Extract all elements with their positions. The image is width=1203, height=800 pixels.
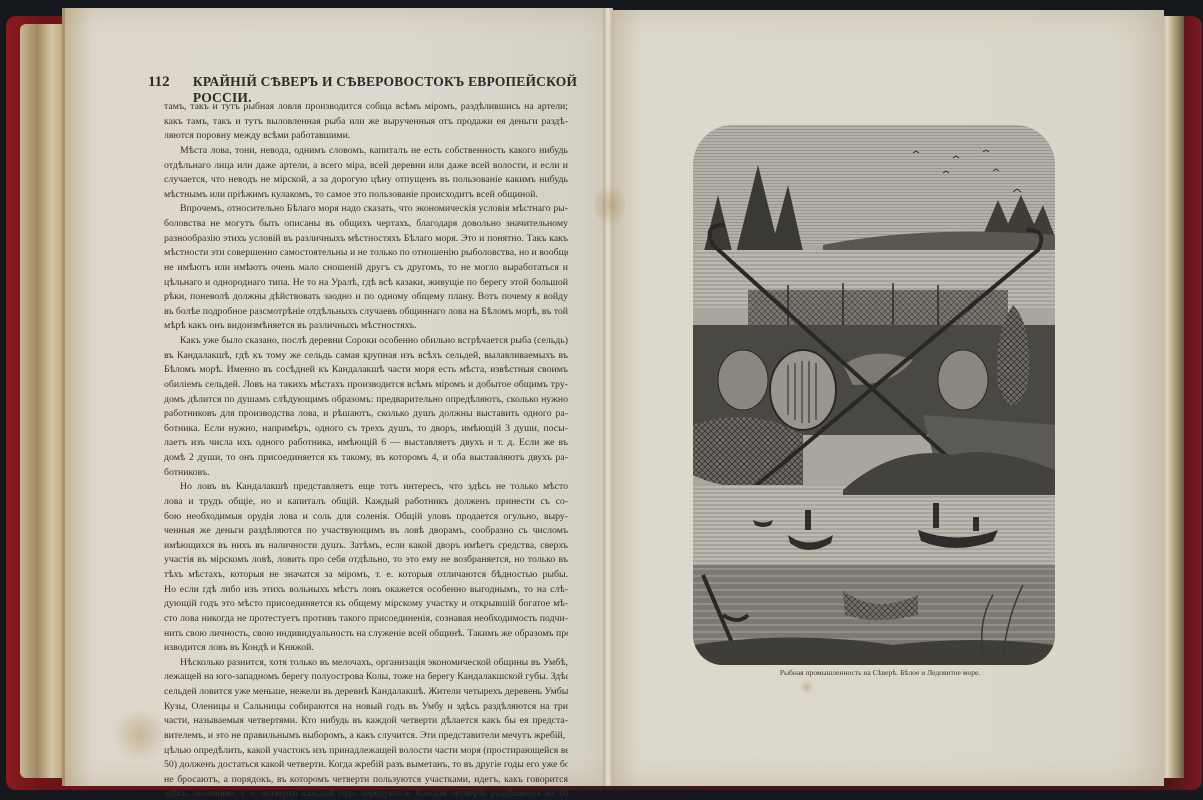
text-line: Нѣсколько разнится, хотя только въ мелоч… — [164, 656, 568, 671]
text-line: Но если гдѣ либо изъ этихъ вольныхъ мѣст… — [164, 583, 568, 598]
text-line: въ Кандалакшѣ, гдѣ къ тому же сельдь сам… — [164, 349, 568, 364]
text-line: ляются поровну между всѣми работавшими. — [164, 129, 568, 144]
text-line: Бѣломъ морѣ. Именно въ сосѣдней къ Канда… — [164, 363, 568, 378]
text-line: отдѣльнаго лица или даже артели, а всего… — [164, 159, 568, 174]
fishing-scene-engraving — [693, 125, 1055, 665]
text-line: случается, что неводъ не мірской, а за д… — [164, 173, 568, 188]
text-line: тѣхъ мѣстахъ, которыя не значатся за мір… — [164, 568, 568, 583]
text-line: цѣльнаго и однороднаго типа. Не то на Ур… — [164, 276, 568, 291]
text-line: вителемъ, и это не правильнымъ выборомъ,… — [164, 729, 568, 744]
text-line: рѣки, поневолѣ должны дѣйствовать заодно… — [164, 290, 568, 305]
text-line: въ болѣе подробное разсмотрѣніе отдѣльны… — [164, 305, 568, 320]
text-line: мѣрѣ какъ онъ видоизмѣняется въ различны… — [164, 319, 568, 334]
text-line: изводится ловъ въ Кондѣ и Княжой. — [164, 641, 568, 656]
text-line: тамъ, такъ и тутъ рыбная ловля производи… — [164, 100, 568, 115]
book-gutter — [603, 8, 613, 786]
text-line: цѣлью опредѣлить, какой участокъ изъ при… — [164, 744, 568, 759]
body-text: тамъ, такъ и тутъ рыбная ловля производи… — [164, 100, 568, 800]
text-line: боловства не могутъ быть описаны въ общи… — [164, 217, 568, 232]
text-line: части, называемыя четвертями. Кто нибудь… — [164, 714, 568, 729]
text-line: работниковъ для производства лова, и рѣш… — [164, 407, 568, 422]
text-line: участія въ мірскомъ ловѣ, ловить про себ… — [164, 553, 568, 568]
text-line: какъ тамъ, такъ и тутъ выловленная рыба … — [164, 115, 568, 130]
text-line: ботниковъ. — [164, 466, 568, 481]
text-line: мѣстности эти совершенно самостоятельны … — [164, 246, 568, 261]
text-line: обиліемъ сельдей. Ловъ на такихъ мѣстахъ… — [164, 378, 568, 393]
paper-stain — [595, 180, 625, 230]
text-line: лова и трудъ общіе, но и капиталъ общій.… — [164, 495, 568, 510]
text-line: Впрочемъ, относительно Бѣлаго моря надо … — [164, 202, 568, 217]
text-line: мѣстнымъ или пріѣжимъ кулакомъ, то самое… — [164, 188, 568, 203]
text-line: разнообразію этихъ условій въ различныхъ… — [164, 232, 568, 247]
text-line: 50) долженъ достаться какой четверти. Ко… — [164, 758, 568, 773]
page-number: 112 — [148, 74, 193, 91]
text-line: Кузы, Оленицы и Сальницы собираются на н… — [164, 700, 568, 715]
text-line: ченныя же деньги раздѣляются по участвую… — [164, 524, 568, 539]
text-line: бою необходимыя орудія лова и соль для с… — [164, 510, 568, 525]
text-line: Мѣста лова, тони, невода, однимъ словомъ… — [164, 144, 568, 159]
illustration-caption: Рыбная промышленность на Сѣверѣ. Бѣлое и… — [740, 668, 1020, 677]
text-line: сто лова никогда не протестуетъ противъ … — [164, 612, 568, 627]
text-line: лежащей на юго-западномъ берегу полуостр… — [164, 670, 568, 685]
text-line: здѣсь, околицею, т. е. четверти каждый г… — [164, 787, 568, 800]
text-line: дующій годъ это мѣсто присоединяется къ … — [164, 597, 568, 612]
paper-stain — [110, 710, 170, 760]
text-line: домъ дѣлится по душамъ слѣдующимъ образо… — [164, 393, 568, 408]
text-line: домѣ 2 души, то онъ присоединяется къ та… — [164, 451, 568, 466]
text-line: Какъ уже было сказано, послѣ деревни Сор… — [164, 334, 568, 349]
text-line: ботника. Если нужно, напримѣръ, одного с… — [164, 422, 568, 437]
paper-stain — [800, 680, 814, 694]
engraving-illustration — [693, 125, 1055, 665]
text-line: сельдей ловится уже меньше, нежели въ де… — [164, 685, 568, 700]
text-line: не бросаютъ, а порядокъ, въ которомъ чет… — [164, 773, 568, 788]
text-line: Но ловъ въ Кандалакшѣ представляетъ еще … — [164, 480, 568, 495]
text-line: лаетъ изъ числа ихъ одного работника, им… — [164, 436, 568, 451]
text-line: нить свою личность, свою индивидуальност… — [164, 627, 568, 642]
text-line: не имѣютъ или имѣютъ очень мало сношеній… — [164, 261, 568, 276]
text-line: имѣющихся въ нихъ въ наличности душъ. За… — [164, 539, 568, 554]
